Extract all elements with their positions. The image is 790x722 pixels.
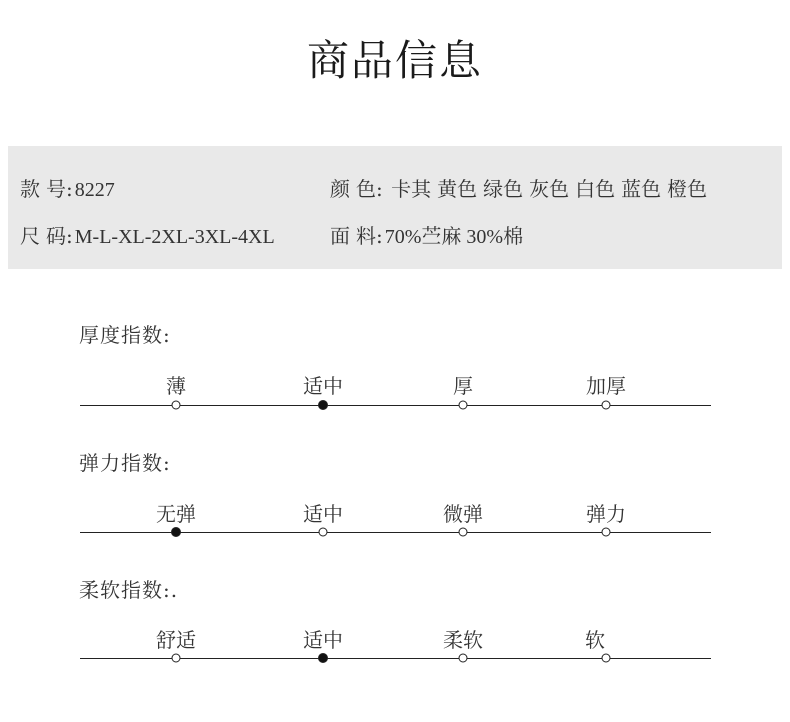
softness-option-label: 舒适	[156, 624, 196, 653]
elasticity-dot-unselected	[319, 528, 328, 537]
softness-dot-unselected	[172, 654, 181, 663]
color-option: 灰色	[529, 177, 569, 201]
softness-dot-selected	[318, 653, 328, 663]
thickness-option-label: 适中	[303, 370, 343, 399]
color-option: 黄色	[437, 177, 477, 201]
color-row: 颜色: 卡其黄色绿色灰色白色蓝色橙色	[330, 173, 713, 202]
style-number-value: 8227	[75, 179, 115, 201]
fabric-value: 70%苎麻 30%棉	[385, 226, 523, 248]
size-label: 尺码	[20, 224, 72, 248]
thickness-option-label: 厚	[453, 370, 473, 399]
thickness-dot-selected	[318, 400, 328, 410]
elasticity-option-label: 弹力	[586, 498, 626, 527]
thickness-dot-unselected	[459, 401, 468, 410]
elasticity-dot-selected	[171, 527, 181, 537]
fabric-row: 面料:70%苎麻 30%棉	[330, 220, 523, 249]
colon: :	[66, 177, 73, 201]
color-option: 蓝色	[621, 177, 661, 201]
colon: :	[66, 224, 73, 248]
thickness-dot-unselected	[602, 401, 611, 410]
softness-option-label: 软	[585, 624, 605, 653]
size-value: M-L-XL-2XL-3XL-4XL	[75, 226, 275, 248]
elasticity-dot-unselected	[459, 528, 468, 537]
color-option: 橙色	[667, 177, 707, 201]
softness-option-label: 适中	[303, 624, 343, 653]
thickness-dot-unselected	[172, 401, 181, 410]
fabric-label: 面料	[330, 224, 382, 248]
thickness-scale-title: 厚度指数:	[79, 319, 171, 348]
elasticity-option-label: 适中	[303, 498, 343, 527]
elasticity-option-label: 微弹	[443, 498, 483, 527]
elasticity-dot-unselected	[602, 528, 611, 537]
colon: :	[376, 177, 383, 201]
elasticity-scale-title: 弹力指数:	[79, 447, 171, 476]
color-option: 绿色	[483, 177, 523, 201]
color-option: 卡其	[391, 177, 431, 201]
page-title: 商品信息	[0, 28, 790, 88]
style-number-label: 款号	[20, 177, 72, 201]
style-number-row: 款号:8227	[20, 173, 115, 202]
thickness-option-label: 薄	[166, 370, 186, 399]
softness-option-label: 柔软	[443, 624, 483, 653]
product-info-panel: 款号:8227 颜色: 卡其黄色绿色灰色白色蓝色橙色 尺码:M-L-XL-2XL…	[8, 146, 782, 269]
softness-dot-unselected	[459, 654, 468, 663]
color-option: 白色	[575, 177, 615, 201]
colon: :	[376, 224, 383, 248]
elasticity-option-label: 无弹	[156, 498, 196, 527]
softness-dot-unselected	[602, 654, 611, 663]
thickness-option-label: 加厚	[586, 370, 626, 399]
color-label: 颜色	[330, 177, 382, 201]
softness-scale-title: 柔软指数:.	[79, 574, 178, 603]
size-row: 尺码:M-L-XL-2XL-3XL-4XL	[20, 220, 275, 249]
